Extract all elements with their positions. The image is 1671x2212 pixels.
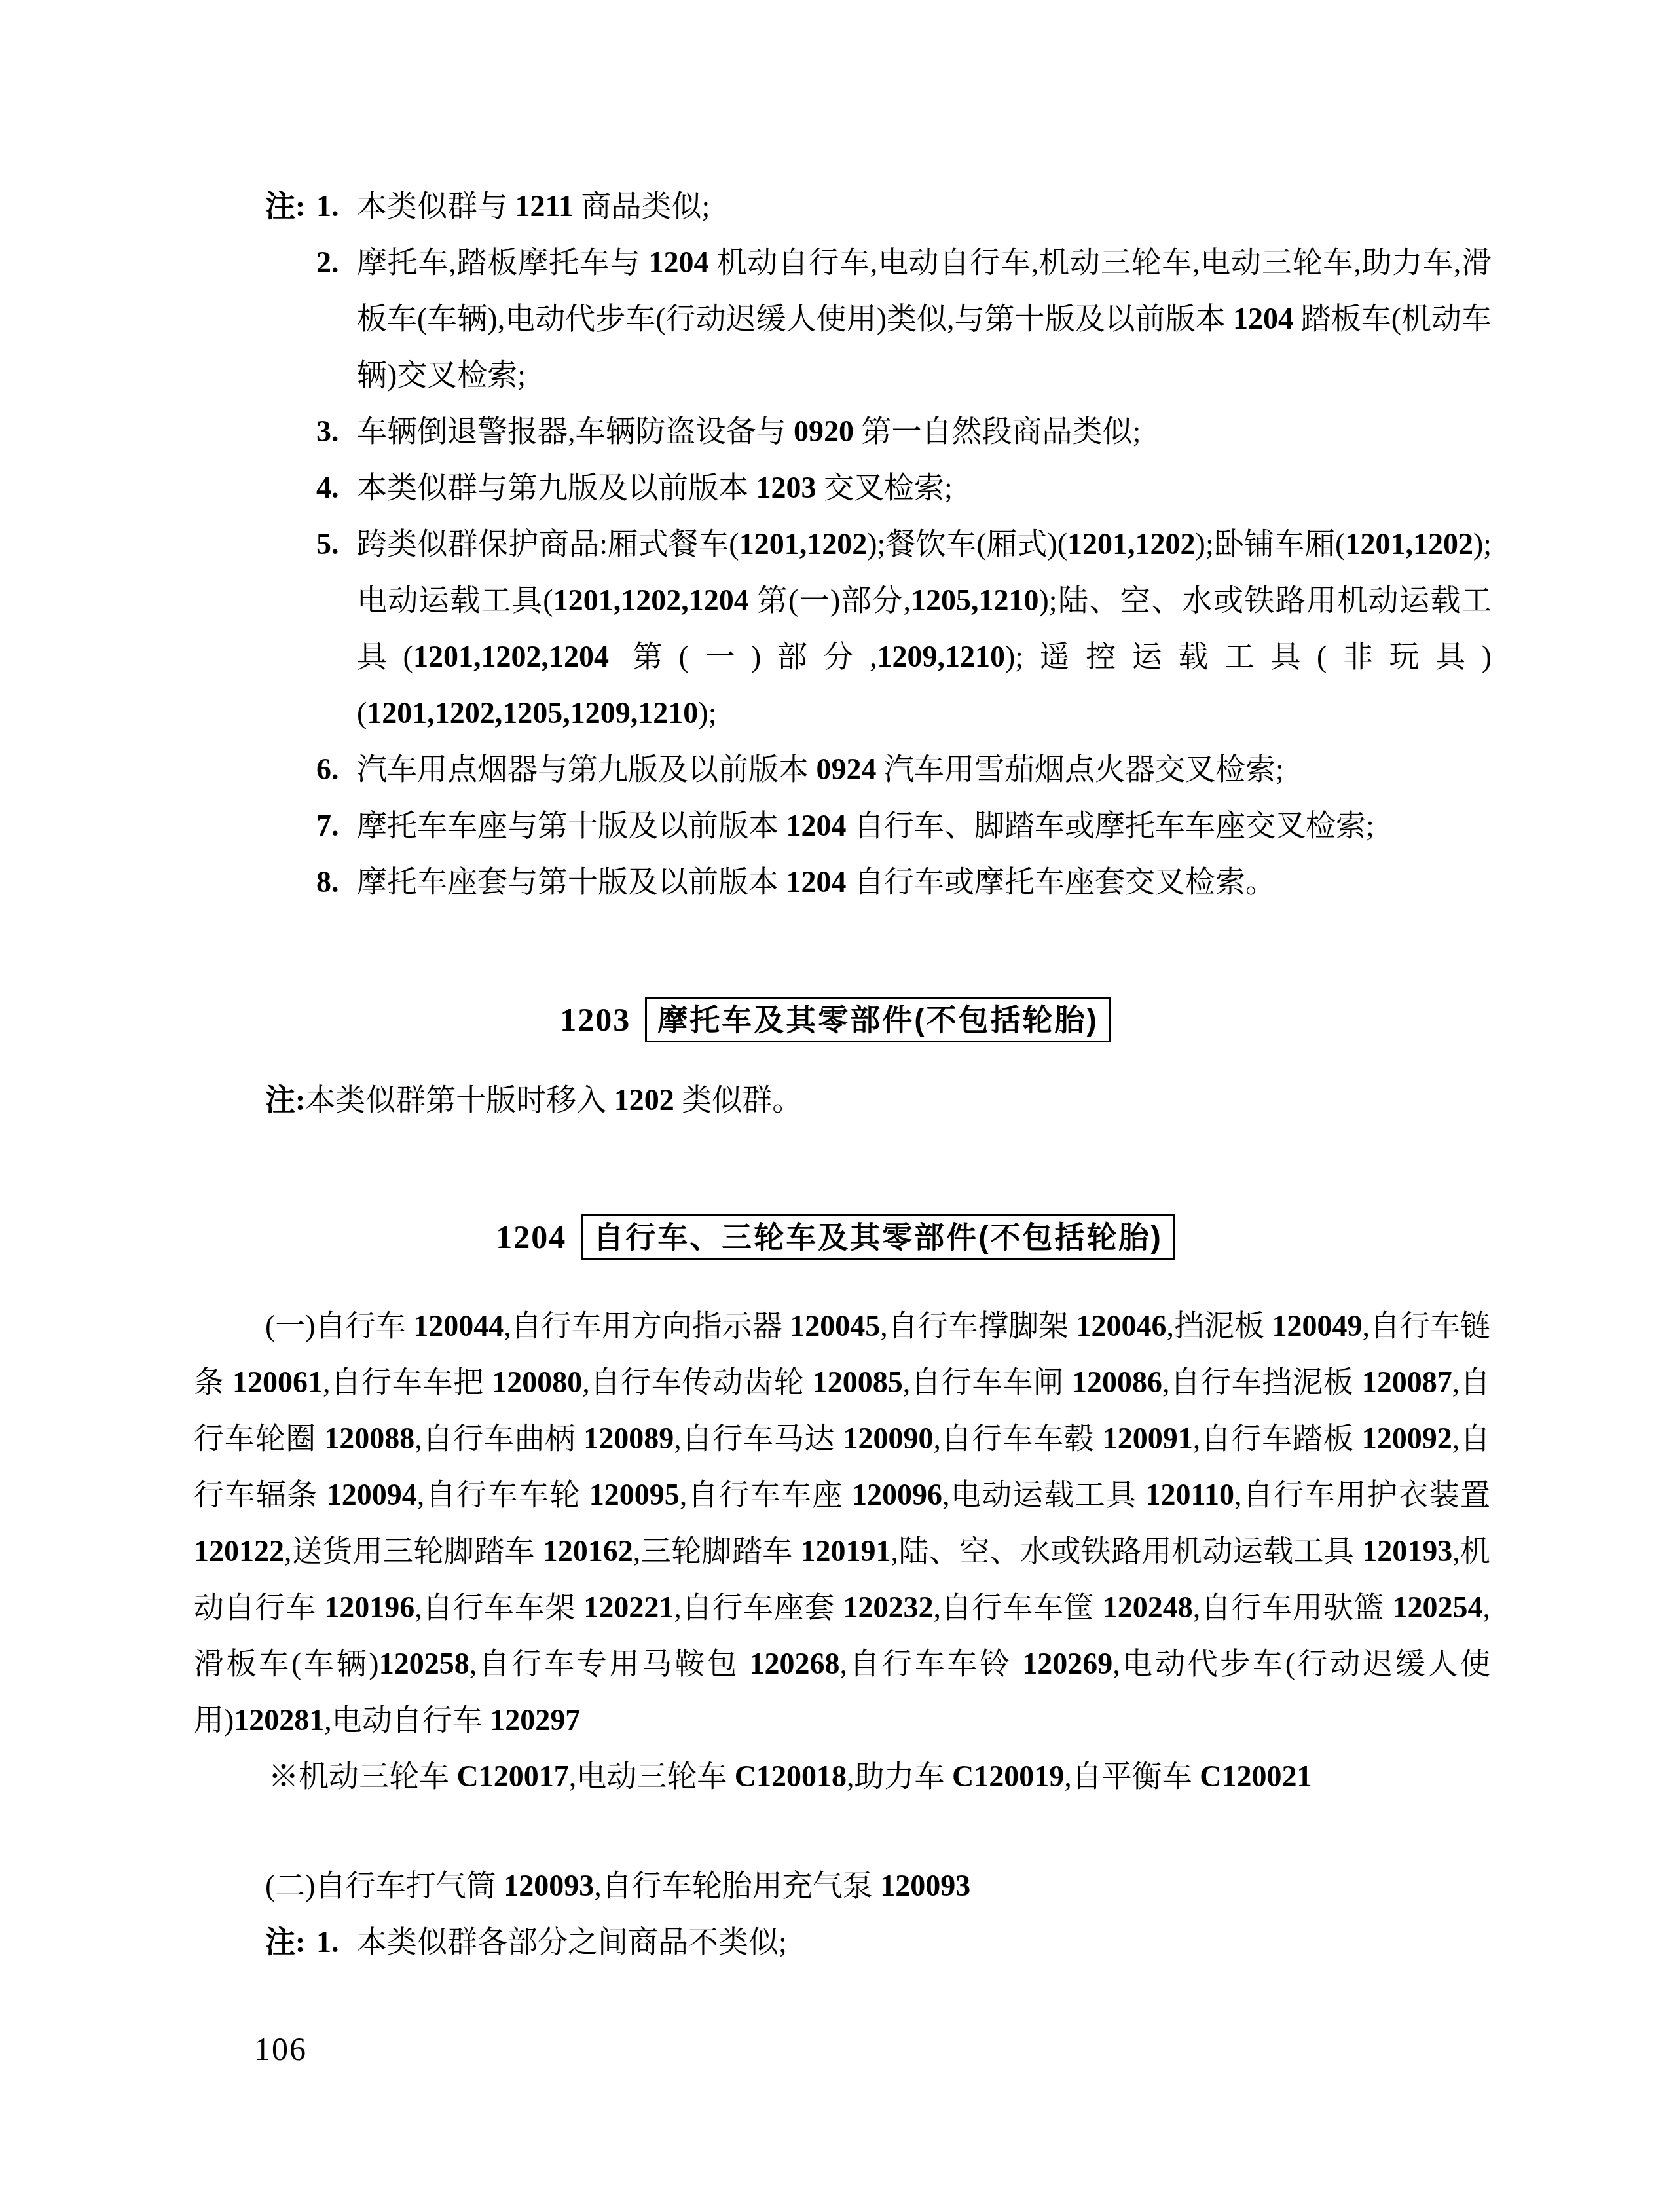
note-text: 本类似群与第九版及以前版本 1203 交叉检索; — [357, 460, 1492, 516]
note-number: 2. — [316, 234, 357, 291]
note-item: 6. 汽车用点烟器与第九版及以前版本 0924 汽车用雪茄烟点火器交叉检索; — [265, 741, 1492, 798]
section-1204-body: (一)自行车 120044,自行车用方向指示器 120045,自行车撑脚架 12… — [194, 1298, 1490, 1970]
note-text: 跨类似群保护商品:厢式餐车(1201,1202);餐饮车(厢式)(1201,12… — [357, 516, 1492, 741]
note-text: 汽车用点烟器与第九版及以前版本 0924 汽车用雪茄烟点火器交叉检索; — [357, 741, 1492, 798]
section-1203-note: 注:本类似群第十版时移入 1202 类似群。 — [265, 1072, 1492, 1128]
note-number: 7. — [316, 798, 357, 854]
section-title-box: 摩托车及其零部件(不包括轮胎) — [645, 997, 1111, 1042]
note-item: 4. 本类似群与第九版及以前版本 1203 交叉检索; — [265, 460, 1492, 516]
document-page: 注: 1. 本类似群与 1211 商品类似; 2. 摩托车,踏板摩托车与 120… — [0, 0, 1671, 2212]
note-label: 注: — [265, 178, 316, 234]
goods-paragraph-star: ※机动三轮车 C120017,电动三轮车 C120018,助力车 C120019… — [194, 1748, 1490, 1805]
note-number: 1. — [316, 178, 357, 234]
note-item: 7. 摩托车车座与第十版及以前版本 1204 自行车、脚踏车或摩托车车座交叉检索… — [265, 798, 1492, 854]
page-number: 106 — [254, 2029, 307, 2069]
section-title-box: 自行车、三轮车及其零部件(不包括轮胎) — [581, 1214, 1175, 1260]
note-item: 5. 跨类似群保护商品:厢式餐车(1201,1202);餐饮车(厢式)(1201… — [265, 516, 1492, 741]
note-number: 8. — [316, 854, 357, 910]
note-label: 注: — [265, 1914, 316, 1970]
note-text: 车辆倒退警报器,车辆防盗设备与 0920 第一自然段商品类似; — [357, 403, 1492, 460]
note-item: 3. 车辆倒退警报器,车辆防盗设备与 0920 第一自然段商品类似; — [265, 403, 1492, 460]
note-item: 2. 摩托车,踏板摩托车与 1204 机动自行车,电动自行车,机动三轮车,电动三… — [265, 234, 1492, 403]
section-heading-1204: 1204 自行车、三轮车及其零部件(不包括轮胎) — [0, 1214, 1671, 1260]
goods-paragraph-1: (一)自行车 120044,自行车用方向指示器 120045,自行车撑脚架 12… — [194, 1298, 1490, 1748]
note-number: 1. — [316, 1914, 357, 1970]
note-number: 5. — [316, 516, 357, 572]
goods-paragraph-2: (二)自行车打气筒 120093,自行车轮胎用充气泵 120093 — [194, 1858, 1490, 1914]
note-number: 4. — [316, 460, 357, 516]
notes-section-1202: 注: 1. 本类似群与 1211 商品类似; 2. 摩托车,踏板摩托车与 120… — [265, 178, 1492, 910]
section-heading-1203: 1203 摩托车及其零部件(不包括轮胎) — [0, 997, 1671, 1042]
section-1204-note: 注: 1. 本类似群各部分之间商品不类似; — [194, 1914, 1490, 1970]
note-text: 本类似群第十版时移入 1202 类似群。 — [305, 1083, 802, 1116]
note-text: 本类似群与 1211 商品类似; — [357, 178, 1492, 234]
section-code: 1204 — [496, 1218, 566, 1256]
note-text: 摩托车座套与第十版及以前版本 1204 自行车或摩托车座套交叉检索。 — [357, 854, 1492, 910]
section-code: 1203 — [560, 1001, 631, 1039]
note-text: 摩托车车座与第十版及以前版本 1204 自行车、脚踏车或摩托车车座交叉检索; — [357, 798, 1492, 854]
note-text: 摩托车,踏板摩托车与 1204 机动自行车,电动自行车,机动三轮车,电动三轮车,… — [357, 234, 1492, 403]
note-number: 6. — [316, 741, 357, 798]
note-item: 注: 1. 本类似群与 1211 商品类似; — [265, 178, 1492, 234]
note-number: 3. — [316, 403, 357, 460]
note-text: 本类似群各部分之间商品不类似; — [357, 1914, 1490, 1970]
note-label: 注: — [265, 1083, 305, 1116]
note-item: 8. 摩托车座套与第十版及以前版本 1204 自行车或摩托车座套交叉检索。 — [265, 854, 1492, 910]
